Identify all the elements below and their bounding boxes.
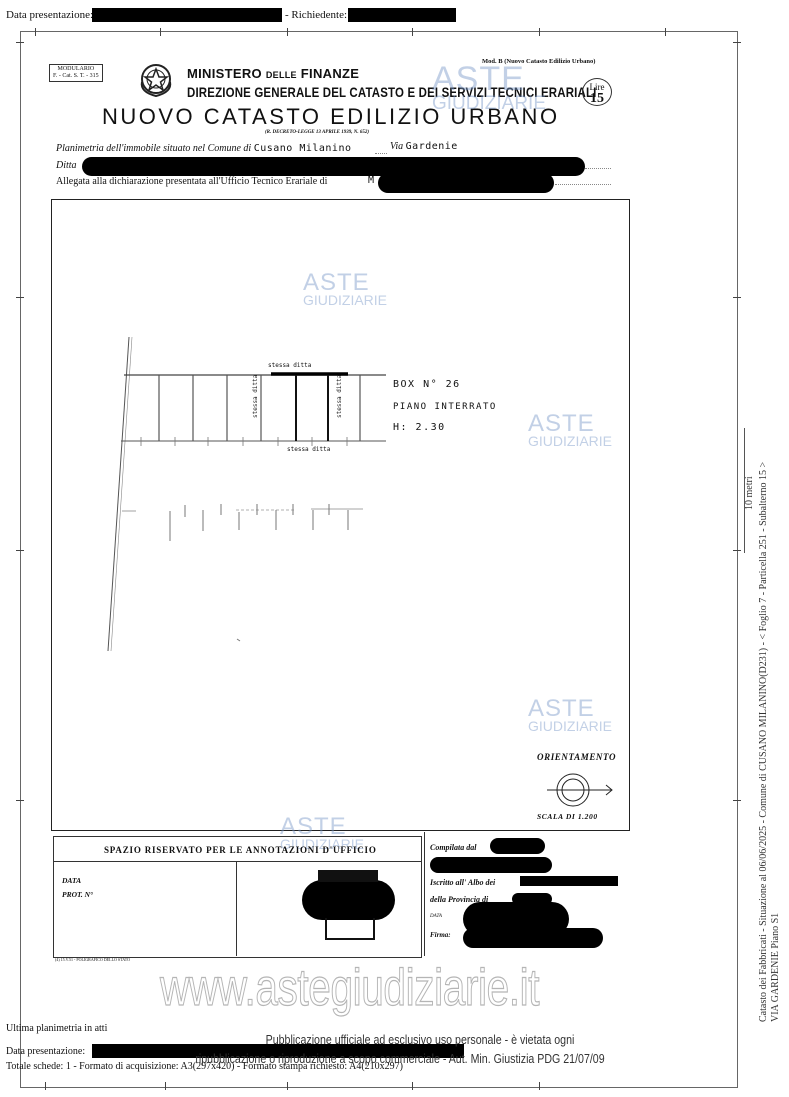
redacted-firma	[463, 928, 603, 948]
stessa-ditta-top: stessa ditta	[268, 362, 311, 369]
redacted-ufficio	[378, 173, 554, 193]
allegata-label: Allegata alla dichiarazione presentata a…	[56, 176, 327, 187]
tick	[539, 1082, 540, 1090]
wm-aste: ASTE	[528, 413, 612, 435]
tick	[165, 1082, 166, 1090]
stessa-ditta-bottom: stessa ditta	[287, 446, 330, 453]
stessa-ditta-right: stessa ditta	[336, 375, 343, 418]
wm-aste: ASTE	[303, 272, 387, 294]
wm-giudiziarie: GIUDIZIARIE	[528, 720, 612, 733]
finanze-word: FINANZE	[301, 66, 359, 81]
tick	[16, 550, 24, 551]
iscritto-label: Iscritto all' Albo dei	[430, 878, 495, 887]
printer-note: (4) 15.V.51 - POLIGRAFICO DELLO STATO	[55, 957, 130, 962]
tick	[665, 28, 666, 36]
wm-giudiziarie: GIUDIZIARIE	[528, 435, 612, 448]
compiler-data-label: DATA	[430, 914, 442, 919]
tick	[412, 28, 413, 36]
footer-data-presentazione: Data presentazione:	[6, 1046, 85, 1057]
wm-aste: ASTE	[432, 64, 546, 95]
planimetria-row: Planimetria dell'immobile situato nel Co…	[56, 143, 352, 154]
dotted-line	[555, 184, 611, 185]
ultima-planimetria: Ultima planimetria in atti	[6, 1023, 107, 1034]
tick	[412, 1082, 413, 1090]
wm-aste: ASTE	[280, 816, 364, 838]
tick	[287, 28, 288, 36]
redacted-compilata	[490, 838, 545, 854]
anno-prot-label: PROT. N°	[62, 890, 93, 899]
wm-giudiziarie: GIUDIZIARIE	[432, 95, 546, 112]
aste-watermark: ASTEGIUDIZIARIE	[432, 64, 546, 112]
compilata-label: Compilata dal	[430, 843, 476, 852]
orientamento-label: ORIENTAMENTO	[537, 752, 616, 762]
side-info-line1: Catasto dei Fabbricati - Situazione al 0…	[758, 462, 769, 1022]
pub-notice-line1: Pubblicazione ufficiale ad esclusivo uso…	[191, 1033, 650, 1047]
divider	[53, 861, 421, 862]
via-label: Via	[390, 141, 403, 152]
redacted-albo	[520, 876, 618, 886]
height-label: H: 2.30	[393, 422, 446, 433]
aste-watermark: ASTEGIUDIZIARIE	[528, 698, 612, 732]
anno-data-label: DATA	[62, 876, 81, 885]
modulario-line1: MODULARIO	[53, 66, 99, 73]
aste-watermark: ASTEGIUDIZIARIE	[528, 413, 612, 447]
tick	[160, 28, 161, 36]
piano-label: PIANO INTERRATO	[393, 402, 497, 412]
side-info-line2: VIA GARDENIE Piano S1	[770, 913, 781, 1022]
scala-label: SCALA DI 1.200	[537, 812, 598, 821]
allegata-initial: M	[368, 175, 375, 186]
ministero-word: MINISTERO	[187, 66, 262, 81]
stessa-ditta-left: stessa ditta	[252, 375, 259, 418]
dotted-line	[375, 153, 387, 154]
ditta-label: Ditta	[56, 160, 77, 171]
delle-word: DELLE	[266, 70, 297, 80]
wm-giudiziarie: GIUDIZIARIE	[303, 294, 387, 307]
tick	[45, 1082, 46, 1090]
wm-aste: ASTE	[528, 698, 612, 720]
planimetria-label: Planimetria dell'immobile situato nel Co…	[56, 143, 251, 154]
dotted-line	[585, 168, 611, 169]
site-watermark: www.astegiudiziarie.it	[160, 958, 539, 1018]
divider	[236, 861, 237, 956]
stamp-header	[318, 870, 378, 882]
box-number-label: BOX N° 26	[393, 379, 461, 390]
tick	[287, 1082, 288, 1090]
modulario-line2: F. - Cat. S. T. - 315	[53, 73, 99, 80]
stamp-redaction	[302, 880, 395, 920]
via-row: Via Gardenie	[390, 141, 458, 152]
pub-notice-line2: ripubblicazione o riproduzione a scopo c…	[162, 1052, 638, 1066]
tick	[35, 28, 36, 36]
lire-stamp: Lire 15	[582, 78, 612, 106]
stamp-base	[325, 918, 375, 940]
tick	[539, 28, 540, 36]
tick	[733, 297, 741, 298]
ministero-heading: MINISTERO DELLE FINANZE	[187, 66, 359, 81]
modulario-box: MODULARIO F. - Cat. S. T. - 315	[49, 64, 103, 82]
lire-value: 15	[583, 92, 611, 105]
via-value: Gardenie	[406, 141, 458, 152]
tick	[733, 800, 741, 801]
italian-emblem-icon	[138, 60, 174, 98]
redacted-richiedente	[348, 8, 456, 22]
tick	[733, 550, 741, 551]
tick	[733, 42, 741, 43]
firma-label: Firma:	[430, 931, 451, 939]
divider	[424, 832, 425, 956]
tick	[16, 42, 24, 43]
redacted-name	[430, 857, 552, 873]
data-presentazione-label: Data presentazione:	[6, 9, 93, 21]
decreto-note: (R. DECRETO-LEGGE 13 APRILE 1939, N. 652…	[265, 130, 369, 135]
annotations-title: SPAZIO RISERVATO PER LE ANNOTAZIONI D'UF…	[104, 845, 377, 855]
aste-watermark: ASTEGIUDIZIARIE	[303, 272, 387, 306]
redacted-date	[92, 8, 282, 22]
comune-value: Cusano Milanino	[254, 143, 352, 154]
tick	[16, 800, 24, 801]
richiedente-label: - Richiedente:	[285, 9, 347, 21]
tick	[16, 297, 24, 298]
scale-ref-label: 10 metri	[744, 476, 755, 510]
